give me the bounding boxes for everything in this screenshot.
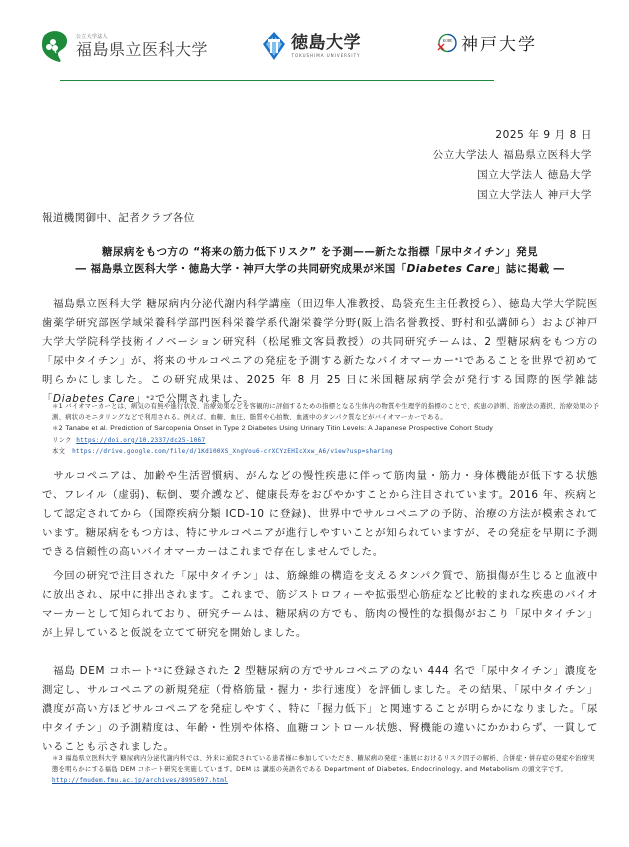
issuer-kobe: 国立大学法人 神戸大学 — [433, 185, 592, 205]
tokushima-diamond-icon — [262, 30, 286, 62]
footnote-1: ＊1 バイオマーカーとは、病気の有無や進行状況、治療効果などを客観的に評価するた… — [52, 401, 600, 423]
press-release-title: 糖尿病をもつ方の “将来の筋力低下リスク” を予測——新たな指標「尿中タイチン」… — [40, 244, 600, 278]
paragraph-4: 福島 DEM コホート*3に登録された 2 型糖尿病の方でサルコペニアのない 4… — [42, 662, 598, 757]
issuer-tokushima: 国立大学法人 徳島大学 — [433, 165, 592, 185]
header-logos: 公立大学法人 福島県立医科大学 徳島大学 TOKUSHIMA UNIVERSIT… — [40, 30, 600, 72]
issuer-block: 2025 年 9 月 8 日 公立大学法人 福島県立医科大学 国立大学法人 徳島… — [433, 125, 592, 205]
issuer-fukushima: 公立大学法人 福島県立医科大学 — [433, 145, 592, 165]
footnotes-1-2: ＊1 バイオマーカーとは、病気の有無や進行状況、治療効果などを客観的に評価するた… — [52, 401, 600, 457]
fmudem-archive-link[interactable]: http://fmudem.fmu.ac.jp/archives/8995097… — [52, 777, 228, 784]
doi-link[interactable]: https://doi.org/10.2337/dc25-1067 — [76, 437, 205, 444]
footnote-3: ＊3 福島県立医科大学 糖尿病内分泌代謝内科では、外来に通院されている患者様に参… — [52, 753, 600, 787]
header-divider — [60, 80, 494, 81]
p4-text-b: に登録された 2 型糖尿病の方でサルコペニアのない 444 名で「尿中タイチン」… — [42, 665, 598, 753]
tokushima-name: 徳島大学 — [291, 33, 361, 53]
title-line-2: ― 福島県立医科大学・徳島大学・神戸大学の共同研究成果が米国「Diabetes … — [40, 261, 600, 278]
kobe-emblem-icon: KOBE — [437, 33, 457, 53]
kobe-university-logo: KOBE 神戸大学 — [437, 30, 537, 55]
doi-link-row: リンク https://doi.org/10.2337/dc25-1067 — [52, 435, 600, 446]
kobe-name: 神戸大学 — [461, 30, 537, 55]
fukushima-medical-university-logo: 公立大学法人 福島県立医科大学 — [40, 30, 208, 62]
paragraph-1: 福島県立医科大学 糖尿病内分泌代謝内科学講座（田辺隼人准教授、島袋充生主任教授ら… — [42, 295, 598, 410]
journal-name: Diabetes Care — [407, 263, 495, 275]
footnote-2: ＊2 Tanabe et al. Prediction of Sarcopeni… — [52, 423, 600, 434]
footnote-ref-1: *1 — [455, 356, 464, 364]
tokushima-english-name: TOKUSHIMA UNIVERSITY — [292, 53, 361, 59]
fmu-name: 福島県立医科大学 — [76, 41, 208, 59]
press-release-page: 公立大学法人 福島県立医科大学 徳島大学 TOKUSHIMA UNIVERSIT… — [0, 0, 629, 847]
link-label: リンク — [52, 437, 72, 444]
svg-text:KOBE: KOBE — [443, 39, 454, 43]
footnote-ref-3: *3 — [154, 666, 163, 674]
tokushima-university-logo: 徳島大学 TOKUSHIMA UNIVERSITY — [262, 30, 361, 62]
title-line-1: 糖尿病をもつ方の “将来の筋力低下リスク” を予測——新たな指標「尿中タイチン」… — [40, 244, 600, 261]
paragraph-3: 今回の研究で注目された「尿中タイチン」は、筋線維の構造を支えるタンパク質で、筋損… — [42, 567, 598, 643]
fulltext-link[interactable]: https://drive.google.com/file/d/1Kd100XS… — [72, 448, 393, 455]
title-line-2-prefix: ― 福島県立医科大学・徳島大学・神戸大学の共同研究成果が米国「 — [76, 263, 407, 275]
footnote-3-text: ＊3 福島県立医科大学 糖尿病内分泌代謝内科では、外来に通院されている患者様に参… — [52, 755, 595, 773]
p4-text-a: 福島 DEM コホート — [53, 665, 154, 677]
addressee: 報道機関御中、記者クラブ各位 — [42, 210, 195, 225]
footnote-2-label: ＊2 — [52, 425, 63, 432]
footnote-2-citation: Tanabe et al. Prediction of Sarcopenia O… — [65, 425, 493, 432]
paragraph-2: サルコペニアは、加齢や生活習慣病、がんなどの慢性疾患に伴って筋肉量・筋力・身体機… — [42, 467, 598, 562]
p3-text: 今回の研究で注目された「尿中タイチン」は、筋線維の構造を支えるタンパク質で、筋損… — [42, 570, 598, 639]
release-date: 2025 年 9 月 8 日 — [433, 125, 592, 145]
title-line-2-suffix: 」誌に掲載 ― — [495, 263, 564, 275]
p2-text: サルコペニアは、加齢や生活習慣病、がんなどの慢性疾患に伴って筋肉量・筋力・身体機… — [42, 470, 598, 558]
fulltext-label: 本文 — [52, 448, 65, 455]
fulltext-link-row: 本文 https://drive.google.com/file/d/1Kd10… — [52, 446, 600, 457]
clover-icon — [40, 30, 70, 62]
